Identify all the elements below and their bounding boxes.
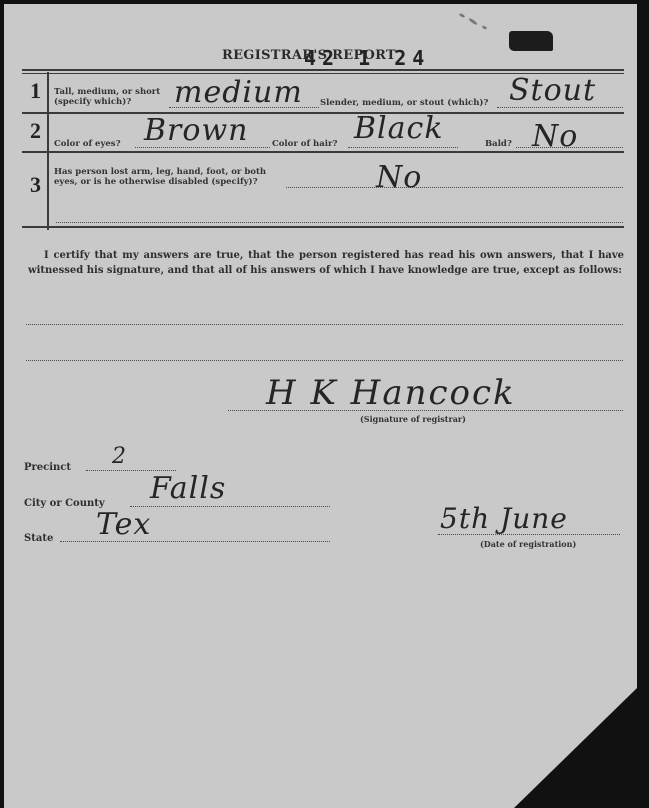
exceptions-line-1 — [26, 324, 623, 325]
disability-answer: No — [376, 163, 422, 193]
registration-date-value: 5th June — [440, 504, 568, 534]
bald-label: Bald? — [485, 139, 512, 149]
ink-stamp-mark — [509, 31, 553, 51]
city-county-line — [130, 506, 330, 507]
eye-color-answer: Brown — [144, 116, 248, 146]
row-number: 3 — [30, 172, 41, 198]
build-answer: Stout — [509, 76, 596, 106]
build-question-label: Slender, medium, or stout (which)? — [320, 98, 488, 108]
row-number: 1 — [30, 78, 41, 104]
disability-answer-line — [286, 187, 623, 188]
row-number: 2 — [30, 118, 41, 144]
hair-color-label: Color of hair? — [272, 139, 337, 149]
disability-question-line2: eyes, or is he otherwise disabled (speci… — [54, 177, 258, 187]
serial-stamp: 42 1 24 — [304, 46, 430, 70]
signature-caption: (Signature of registrar) — [360, 414, 466, 424]
height-answer: medium — [174, 78, 303, 108]
registration-date-line — [438, 534, 620, 535]
disability-extra-line — [56, 222, 623, 223]
exceptions-line-2 — [26, 360, 623, 361]
table-bottom-rule — [22, 226, 624, 228]
certification-text: I certify that my answers are true, that… — [28, 248, 624, 278]
state-label: State — [24, 533, 53, 544]
precinct-value: 2 — [112, 442, 127, 472]
state-value: Tex — [96, 510, 151, 540]
disability-question-line1: Has person lost arm, leg, hand, foot, or… — [54, 167, 266, 177]
table-top-rule — [22, 69, 624, 71]
hair-color-line — [348, 147, 458, 148]
height-question-label: Tall, medium, or short (specify which)? — [54, 87, 174, 107]
signature-line — [228, 410, 623, 411]
row-1-rule — [22, 112, 624, 114]
city-county-label: City or County — [24, 498, 105, 509]
eye-color-label: Color of eyes? — [54, 139, 121, 149]
ink-speck — [468, 17, 478, 25]
registrar-signature: H K Hancock — [266, 378, 516, 408]
registration-date-caption: (Date of registration) — [480, 539, 576, 549]
ink-speck — [459, 13, 466, 19]
precinct-label: Precinct — [24, 462, 71, 473]
bald-answer: No — [532, 122, 578, 152]
hair-color-answer: Black — [354, 114, 444, 144]
city-county-value: Falls — [150, 474, 226, 504]
registrar-report-card: REGISTRAR'S REPORT 42 1 24 1 Tall, mediu… — [4, 4, 637, 808]
ink-speck — [482, 25, 488, 30]
